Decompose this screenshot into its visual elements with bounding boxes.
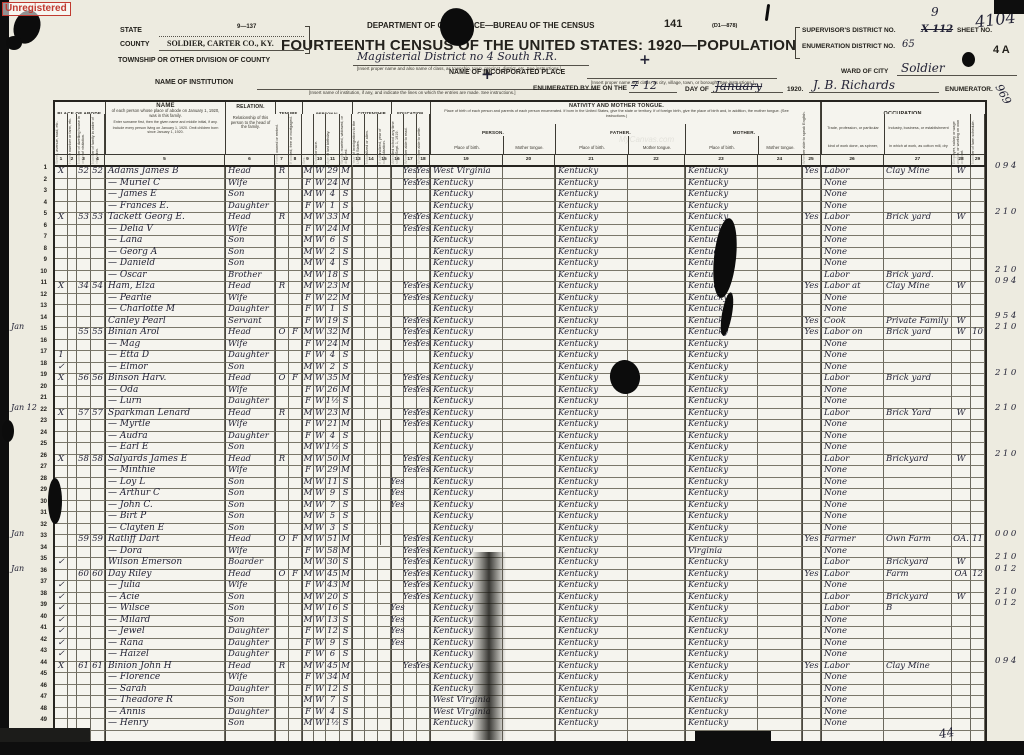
cell-ind <box>884 190 952 202</box>
cell-d: 61 <box>77 662 91 674</box>
cell-mtong <box>758 512 802 524</box>
cell-own <box>275 420 289 432</box>
cell-mort <box>289 696 302 708</box>
cell-occ: None <box>821 719 884 731</box>
cell-f <box>91 581 105 593</box>
cell-ftong <box>628 351 685 363</box>
cell-ptong <box>503 512 555 524</box>
cell-c13 <box>352 351 365 363</box>
cell-c14 <box>365 593 378 605</box>
cell-mtong <box>758 581 802 593</box>
cell-ptong <box>503 547 555 559</box>
cell-sch <box>391 236 404 248</box>
cell-speak <box>802 593 821 605</box>
cell-own <box>275 466 289 478</box>
cell-own: R <box>275 167 289 179</box>
cell-speak <box>802 432 821 444</box>
cell-h <box>68 489 77 501</box>
column-number: 15 <box>378 155 391 165</box>
column-number: 12 <box>340 155 352 165</box>
cell-h <box>68 570 77 582</box>
cell-c14 <box>365 409 378 421</box>
state-county-bracket <box>305 26 310 54</box>
cell-farm <box>971 420 985 432</box>
cell-d <box>77 259 91 271</box>
cell-x <box>55 708 68 720</box>
row-number: 12 <box>31 290 47 302</box>
cell-sch <box>391 685 404 697</box>
state-rule <box>159 36 304 37</box>
cell-ftong <box>628 432 685 444</box>
cell-write <box>417 432 430 444</box>
cell-d <box>77 432 91 444</box>
cell-h <box>68 351 77 363</box>
cell-mort <box>289 305 302 317</box>
cell-d: 59 <box>77 535 91 547</box>
cell-c13 <box>352 386 365 398</box>
cell-f <box>91 259 105 271</box>
cell-emp <box>952 351 971 363</box>
cell-mtong <box>758 547 802 559</box>
cell-h <box>68 650 77 662</box>
cell-c13 <box>352 455 365 467</box>
cell-ftong <box>628 650 685 662</box>
cell-h <box>68 363 77 375</box>
cell-farm <box>971 386 985 398</box>
column-number: 24 <box>758 155 802 165</box>
cell-h <box>68 512 77 524</box>
cell-mort <box>289 167 302 179</box>
cell-c14 <box>365 524 378 536</box>
cell-farm <box>971 213 985 225</box>
cell-ptong <box>503 581 555 593</box>
cell-mort <box>289 466 302 478</box>
cell-ind <box>884 696 952 708</box>
row-number: 41 <box>31 623 47 635</box>
cell-ftong <box>628 685 685 697</box>
cell-own <box>275 489 289 501</box>
cell-d <box>77 685 91 697</box>
cell-read <box>404 616 417 628</box>
column-number: 10 <box>314 155 326 165</box>
row-number: 25 <box>31 439 47 451</box>
cell-mtong <box>758 535 802 547</box>
cell-farm <box>971 639 985 651</box>
col-label-tongue-mother: Mother tongue. <box>758 136 802 155</box>
cell-emp <box>952 719 971 731</box>
cell-own <box>275 696 289 708</box>
cell-write <box>417 719 430 731</box>
cell-farm: 12 <box>971 570 985 582</box>
cell-h <box>68 386 77 398</box>
bottom-scribble: 44 <box>938 725 955 741</box>
cell-x: X <box>55 455 68 467</box>
row-number: 16 <box>31 336 47 348</box>
cell-x: X <box>55 409 68 421</box>
cell-ptong <box>503 466 555 478</box>
cell-mtong <box>758 570 802 582</box>
cell-ind: Brickyard <box>884 593 952 605</box>
cell-c13 <box>352 225 365 237</box>
cell-f <box>91 305 105 317</box>
cell-h <box>68 397 77 409</box>
cell-mort <box>289 489 302 501</box>
column-number: 6 <box>225 155 275 165</box>
cell-emp: W <box>952 213 971 225</box>
cell-ftong <box>628 236 685 248</box>
cell-read <box>404 248 417 260</box>
cell-farm <box>971 650 985 662</box>
cell-h <box>68 432 77 444</box>
cell-d <box>77 351 91 363</box>
cell-f <box>91 616 105 628</box>
cell-c15 <box>378 604 391 616</box>
cell-sch <box>391 351 404 363</box>
cell-emp <box>952 179 971 191</box>
cell-speak: Yes <box>802 328 821 340</box>
cell-h <box>68 627 77 639</box>
cell-own <box>275 351 289 363</box>
cell-speak <box>802 639 821 651</box>
cell-ftong <box>628 708 685 720</box>
cell-col: W <box>314 719 326 731</box>
cell-x <box>55 317 68 329</box>
scratch-line-1 <box>352 165 353 207</box>
row-number: 8 <box>31 244 47 256</box>
cell-c15 <box>378 581 391 593</box>
cell-own <box>275 616 289 628</box>
cell-ind: Own Farm <box>884 535 952 547</box>
cell-mort <box>289 604 302 616</box>
cell-mort <box>289 351 302 363</box>
cell-ptong <box>503 673 555 685</box>
cell-write: Yes <box>417 179 430 191</box>
cell-c15 <box>378 685 391 697</box>
cell-farm <box>971 466 985 478</box>
cell-ptong <box>503 179 555 191</box>
cell-f <box>91 639 105 651</box>
cell-speak: Yes <box>802 570 821 582</box>
cell-mtong <box>758 282 802 294</box>
census-table: PLACE OF ABODE. Street, avenue, road, et… <box>53 100 987 744</box>
cell-c15 <box>378 190 391 202</box>
cell-c14 <box>365 328 378 340</box>
cell-f <box>91 627 105 639</box>
cell-c13 <box>352 673 365 685</box>
cell-emp: W <box>952 409 971 421</box>
cell-mort <box>289 673 302 685</box>
cell-read <box>404 478 417 490</box>
cell-c13 <box>352 524 365 536</box>
cell-c15 <box>378 696 391 708</box>
cell-speak <box>802 259 821 271</box>
cell-mort <box>289 397 302 409</box>
cell-c13 <box>352 466 365 478</box>
cell-emp <box>952 501 971 513</box>
cross-mark-place: + <box>639 52 651 68</box>
enumerated-day-struck: 7 <box>631 79 638 92</box>
cell-ptong <box>503 604 555 616</box>
cell-ftong <box>628 340 685 352</box>
cell-sch <box>391 512 404 524</box>
cell-speak <box>802 294 821 306</box>
cell-farm <box>971 179 985 191</box>
cell-c15 <box>378 386 391 398</box>
cell-d <box>77 639 91 651</box>
cell-ftong <box>628 581 685 593</box>
row-number: 33 <box>31 531 47 543</box>
cell-own: O <box>275 535 289 547</box>
cell-emp <box>952 363 971 375</box>
ward-label: WARD OF CITY <box>841 68 888 75</box>
cell-ftong <box>628 593 685 605</box>
cell-d <box>77 466 91 478</box>
cell-mort: F <box>289 328 302 340</box>
column-number: 8 <box>289 155 302 165</box>
cell-h <box>68 604 77 616</box>
cell-write <box>417 259 430 271</box>
scan-bottom-left-block <box>0 728 90 742</box>
cell-farm <box>971 593 985 605</box>
cell-c13 <box>352 593 365 605</box>
cell-c13 <box>352 397 365 409</box>
cell-emp <box>952 340 971 352</box>
cell-c15 <box>378 305 391 317</box>
cell-h <box>68 167 77 179</box>
cell-c14 <box>365 627 378 639</box>
cell-read <box>404 351 417 363</box>
cell-c14 <box>365 374 378 386</box>
cell-h <box>68 259 77 271</box>
cell-c13 <box>352 409 365 421</box>
cell-speak <box>802 581 821 593</box>
cell-h <box>68 294 77 306</box>
cell-speak: Yes <box>802 535 821 547</box>
cell-speak: Yes <box>802 282 821 294</box>
cell-c14 <box>365 351 378 363</box>
cell-emp: W <box>952 593 971 605</box>
cell-x <box>55 305 68 317</box>
occupation-code: 012 <box>995 598 1019 610</box>
enumerator-label: ENUMERATOR. <box>945 86 993 93</box>
cell-mtong <box>758 650 802 662</box>
cell-ptong <box>503 627 555 639</box>
cell-write <box>417 673 430 685</box>
cell-write <box>417 639 430 651</box>
cell-mtong <box>758 696 802 708</box>
cell-mort <box>289 420 302 432</box>
occupation-code: 210 <box>995 552 1019 564</box>
cell-ptong <box>503 455 555 467</box>
cell-own <box>275 547 289 559</box>
paper-sheet: 9—137 DEPARTMENT OF COMMERCE—BUREAU OF T… <box>9 0 1024 741</box>
group-education: EDUCATION. <box>391 102 430 114</box>
cell-c13 <box>352 432 365 444</box>
cell-c15 <box>378 374 391 386</box>
cell-mort <box>289 708 302 720</box>
cell-h <box>68 409 77 421</box>
col-label-pob-father: Place of birth. <box>555 136 628 155</box>
cell-sch: Yes <box>391 501 404 513</box>
cell-speak <box>802 547 821 559</box>
cell-ftong <box>628 443 685 455</box>
row-number: 48 <box>31 704 47 716</box>
cell-emp <box>952 259 971 271</box>
cell-own <box>275 581 289 593</box>
cell-ftong <box>628 248 685 260</box>
cell-mtong <box>758 627 802 639</box>
cell-x <box>55 466 68 478</box>
cell-speak <box>802 501 821 513</box>
cell-ind <box>884 420 952 432</box>
cell-d <box>77 627 91 639</box>
cell-c15 <box>378 294 391 306</box>
cell-f <box>91 351 105 363</box>
cell-speak <box>802 478 821 490</box>
row-number: 31 <box>31 508 47 520</box>
cell-h <box>68 685 77 697</box>
cell-sch <box>391 708 404 720</box>
cell-x <box>55 685 68 697</box>
cell-emp <box>952 662 971 674</box>
cell-ptong <box>503 443 555 455</box>
census-scan-page: 9—137 DEPARTMENT OF COMMERCE—BUREAU OF T… <box>0 0 1024 755</box>
cell-emp <box>952 248 971 260</box>
cell-own <box>275 236 289 248</box>
page-number: 141 <box>664 18 682 30</box>
cell-own: R <box>275 455 289 467</box>
cell-h <box>68 455 77 467</box>
cell-f <box>91 501 105 513</box>
cell-farm <box>971 294 985 306</box>
cell-c13 <box>352 662 365 674</box>
cell-speak <box>802 179 821 191</box>
margin-note: Jan <box>11 564 24 573</box>
cell-d: 57 <box>77 409 91 421</box>
cell-ftong <box>628 282 685 294</box>
cell-speak <box>802 696 821 708</box>
supervisor-value: 9 <box>931 5 939 19</box>
cell-write: Yes <box>417 294 430 306</box>
cell-sch <box>391 190 404 202</box>
occupation-code: 210 <box>995 207 1019 219</box>
cell-c13 <box>352 328 365 340</box>
cell-speak <box>802 685 821 697</box>
cell-speak <box>802 512 821 524</box>
cell-d <box>77 478 91 490</box>
cell-c14 <box>365 696 378 708</box>
cell-ind: Farm <box>884 570 952 582</box>
cell-f <box>91 604 105 616</box>
cell-mort <box>289 294 302 306</box>
cell-ind <box>884 236 952 248</box>
cell-mort <box>289 340 302 352</box>
cell-mort <box>289 282 302 294</box>
cell-d: 34 <box>77 282 91 294</box>
cell-mtong <box>758 639 802 651</box>
cell-farm <box>971 616 985 628</box>
cell-ptong <box>503 190 555 202</box>
scan-edge-strip <box>0 0 9 755</box>
cell-ind <box>884 512 952 524</box>
cell-h <box>68 524 77 536</box>
group-relation: RELATION. Relationship of this person to… <box>225 102 275 155</box>
cell-emp <box>952 616 971 628</box>
column-number: 2 <box>68 155 77 165</box>
cell-c15 <box>378 673 391 685</box>
cell-x: X <box>55 282 68 294</box>
cell-c15 <box>378 409 391 421</box>
occupation-code: 012 <box>995 564 1019 576</box>
cell-speak <box>802 248 821 260</box>
cell-c14 <box>365 397 378 409</box>
column-number: 13 <box>352 155 365 165</box>
cell-speak <box>802 455 821 467</box>
cell-h <box>68 443 77 455</box>
unregistered-watermark: Unregistered <box>2 2 71 16</box>
cell-c14 <box>365 190 378 202</box>
cell-speak <box>802 236 821 248</box>
cell-own: R <box>275 662 289 674</box>
cell-c14 <box>365 512 378 524</box>
cell-h <box>68 581 77 593</box>
cell-h <box>68 236 77 248</box>
cell-d <box>77 593 91 605</box>
row-number: 32 <box>31 520 47 532</box>
cell-c14 <box>365 443 378 455</box>
cell-x: ✓ <box>55 558 68 570</box>
cell-farm <box>971 236 985 248</box>
group-tenure: TENURE. <box>275 102 302 114</box>
enumerated-prefix: ENUMERATED BY ME ON THE <box>533 85 627 92</box>
cell-emp: W <box>952 167 971 179</box>
cell-ftong <box>628 397 685 409</box>
cell-emp <box>952 604 971 616</box>
cell-own <box>275 305 289 317</box>
cell-c15 <box>378 179 391 191</box>
cell-c13 <box>352 420 365 432</box>
cell-mtong <box>758 202 802 214</box>
cell-ftong <box>628 501 685 513</box>
cell-c14 <box>365 581 378 593</box>
column-number: 7 <box>275 155 289 165</box>
row-number: 40 <box>31 612 47 624</box>
cell-ftong <box>628 547 685 559</box>
cell-speak: Yes <box>802 167 821 179</box>
cell-c14 <box>365 305 378 317</box>
cell-ind: B <box>884 604 952 616</box>
column-number: 20 <box>503 155 555 165</box>
cell-ptong <box>503 420 555 432</box>
cell-ftong <box>628 190 685 202</box>
cell-h <box>68 547 77 559</box>
cell-d: 52 <box>77 167 91 179</box>
cell-emp <box>952 639 971 651</box>
cell-mtong <box>758 420 802 432</box>
cell-ptong <box>503 570 555 582</box>
cell-d <box>77 512 91 524</box>
cell-c14 <box>365 179 378 191</box>
cell-speak <box>802 397 821 409</box>
cell-c14 <box>365 202 378 214</box>
cell-ptong <box>503 374 555 386</box>
district-bracket <box>795 27 800 59</box>
cell-h <box>68 328 77 340</box>
cell-ptong <box>503 650 555 662</box>
group-citizenship: CITIZENSHIP. <box>352 102 391 114</box>
cell-sex: M <box>302 719 314 731</box>
cell-own <box>275 593 289 605</box>
